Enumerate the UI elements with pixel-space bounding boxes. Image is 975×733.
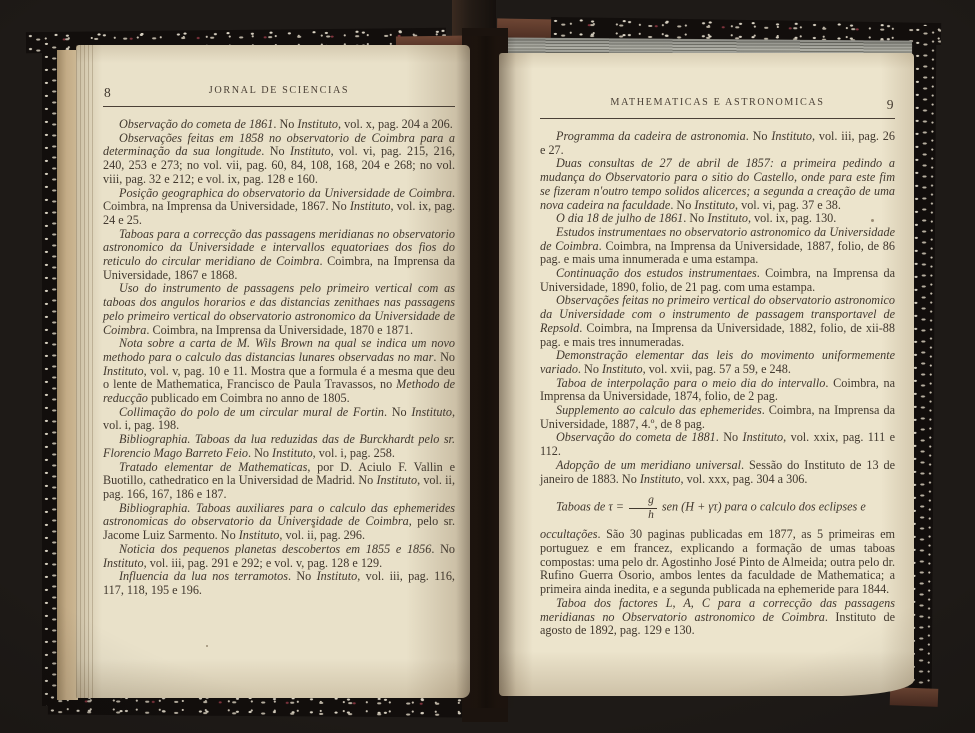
entry-text: . No	[261, 144, 290, 158]
entry-text: . No	[670, 198, 694, 212]
entry-title-text: Instituto	[771, 129, 812, 143]
bibliography-entry: Supplemento ao calculo das ephemerides. …	[540, 404, 895, 431]
entry-title-text: sen	[659, 500, 681, 514]
entry-title-text: Instituto	[640, 472, 681, 486]
entry-text: . No	[746, 129, 772, 143]
entry-text: , vol. vi, pag. 37 e 38.	[735, 198, 841, 212]
entry-title-text: Collimação do polo de um circular mural …	[119, 405, 384, 419]
entry-title-text: Observação do cometa de 1881	[556, 430, 716, 444]
page-right: MATHEMATICAS E ASTRONOMICAS 9 Programma …	[499, 53, 914, 696]
entry-title-text: Instituto	[290, 144, 331, 158]
entry-title-text: Instituto	[272, 446, 313, 460]
bibliography-entry: Continuação dos estudos instrumentaes. C…	[540, 267, 895, 294]
entry-title-text: Posição geographica do observatorio da U…	[119, 186, 452, 200]
entry-title-text: Instituto	[297, 117, 338, 131]
fraction: gh	[629, 495, 657, 521]
entry-title-text: τ =	[608, 500, 627, 514]
page-right-content: MATHEMATICAS E ASTRONOMICAS 9 Programma …	[499, 53, 914, 696]
bibliography-entry: Observação do cometa de 1861. No Institu…	[103, 118, 455, 132]
entry-text: , vol. xxx, pag. 304 a 306.	[681, 472, 808, 486]
header-rule	[103, 106, 455, 107]
entry-title-text: Instituto	[602, 362, 643, 376]
entry-text: , vol. ix, pag. 130.	[748, 211, 836, 225]
page-right-header: MATHEMATICAS E ASTRONOMICAS 9	[540, 97, 895, 114]
bibliography-entry: Taboas para a correcção das passagens me…	[103, 228, 455, 283]
entry-text: , vol. ii, pag. 296.	[279, 528, 365, 542]
running-title: JORNAL DE SCIENCIAS	[103, 85, 455, 96]
bibliography-entry: Tratado elementar de Mathematicas, por D…	[103, 461, 455, 502]
entry-text: . No	[273, 117, 297, 131]
entry-title-text: Instituto	[376, 473, 417, 487]
bibliography-entry: Nota sobre a carta de M. Wils Brown na q…	[103, 337, 455, 406]
entry-text: . No	[716, 430, 743, 444]
entry-text: . No	[431, 542, 455, 556]
entry-title-text: (H + γτ)	[681, 500, 721, 514]
fraction-numerator: g	[629, 495, 657, 509]
bibliography-entry: Influencia da lua nos terramotos. No Ins…	[103, 570, 455, 597]
bibliography-entry: Estudos instrumentaes no observatorio as…	[540, 226, 895, 267]
entry-title-text: Taboa de interpolação para o meio dia do…	[556, 376, 825, 390]
entry-title-text: Instituto	[707, 211, 748, 225]
bibliography-entry: O dia 18 de julho de 1861. No Instituto,…	[540, 212, 895, 226]
entry-title-text: Tratado elementar de Mathematicas	[119, 460, 307, 474]
entry-text: publicado em Coimbra no anno de 1805.	[148, 391, 350, 405]
bibliography-entry: Bibliographia. Taboas auxiliares para o …	[103, 502, 455, 543]
bibliography-entry: Demonstração elementar das leis do movim…	[540, 349, 895, 376]
entry-title-text: O dia 18 de julho de 1861	[556, 211, 683, 225]
entry-text: . Coimbra, na Imprensa da Universidade, …	[146, 323, 413, 337]
fraction-denominator: h	[629, 509, 657, 522]
bibliography-entry: Observações feitas em 1858 no observator…	[103, 132, 455, 187]
entry-title-text: Instituto	[694, 198, 735, 212]
entry-title-text: Supplemento ao calculo das ephemerides	[556, 403, 762, 417]
entry-text: . No	[433, 350, 455, 364]
entry-text: , vol. iii, pag. 291 e 292; e vol. v, pa…	[144, 556, 383, 570]
bibliography-entry: Posição geographica do observatorio da U…	[103, 187, 455, 228]
bibliography-entry: Taboa dos factores L, A, C para a correc…	[540, 597, 895, 638]
entry-title-text: Instituto	[743, 430, 784, 444]
entry-text: . Coimbra, na Imprensa da Universidade, …	[540, 321, 895, 349]
bibliography-entry: Taboas de τ = gh sen (H + γτ) para o cal…	[540, 495, 895, 521]
entry-title-text: para o calculo dos eclipses e	[722, 500, 866, 514]
entry-text: , vol. x, pag. 204 a 206.	[338, 117, 453, 131]
page-number: 9	[887, 97, 894, 113]
bibliography-entry: Uso do instrumento de passagens pelo pri…	[103, 282, 455, 337]
bibliography-entry: Duas consultas de 27 de abril de 1857: a…	[540, 157, 895, 212]
bibliography-entry: Taboa de interpolação para o meio dia do…	[540, 377, 895, 404]
entry-title-text: Programma da cadeira de astronomia	[556, 129, 746, 143]
page-left: 8 JORNAL DE SCIENCIAS Observação do come…	[76, 45, 470, 698]
entry-title-text: Influencia da lua nos terramotos	[119, 569, 288, 583]
page-right-text: Programma da cadeira de astronomia. No I…	[540, 130, 895, 638]
bibliography-entry: Noticia dos pequenos planetas descoberto…	[103, 543, 455, 570]
entry-title-text: Nota sobre a carta de M. Wils Brown na q…	[103, 336, 455, 364]
entry-text: , vol. i, pag. 258.	[313, 446, 395, 460]
header-rule	[540, 118, 895, 119]
entry-title-text: Instituto	[350, 199, 391, 213]
entry-title-text: Instituto	[317, 569, 358, 583]
page-block-fore-edge	[57, 50, 78, 700]
entry-text: . No	[578, 362, 602, 376]
entry-title-text: Observação do cometa de 1861	[119, 117, 273, 131]
page-left-content: 8 JORNAL DE SCIENCIAS Observação do come…	[76, 45, 470, 698]
entry-title-text: Instituto	[411, 405, 452, 419]
entry-title-text: Instituto	[103, 364, 144, 378]
entry-text: , vol. xvii, pag. 57 a 59, e 248.	[643, 362, 791, 376]
running-title: MATHEMATICAS E ASTRONOMICAS	[540, 97, 895, 108]
entry-title-text: occultações	[540, 527, 598, 541]
entry-text: . No	[248, 446, 272, 460]
entry-title-text: Instituto	[103, 556, 144, 570]
entry-title-text: Continuação dos estudos instrumentaes	[556, 266, 757, 280]
entry-title-text: Adopção de um meridiano universal	[556, 458, 741, 472]
entry-title-text: Instituto	[239, 528, 280, 542]
entry-text: . No	[288, 569, 317, 583]
left-board-marbled-side-edge	[42, 40, 58, 706]
entry-title-text: Taboas de	[556, 500, 608, 514]
bibliography-entry: Programma da cadeira de astronomia. No I…	[540, 130, 895, 157]
bibliography-entry: Observação do cometa de 1881. No Institu…	[540, 431, 895, 458]
entry-title-text: Noticia dos pequenos planetas descoberto…	[119, 542, 431, 556]
bibliography-entry: Adopção de um meridiano universal. Sessã…	[540, 459, 895, 486]
page-number: 8	[104, 85, 111, 101]
page-left-text: Observação do cometa de 1861. No Institu…	[103, 118, 455, 598]
entry-title-text: Bibliographia. Taboas auxiliares para o …	[103, 501, 455, 529]
bibliography-entry: Bibliographia. Taboas da lua reduzidas d…	[103, 433, 455, 460]
entry-text: . No	[384, 405, 411, 419]
bibliography-entry: occultações. São 30 paginas publicadas e…	[540, 528, 895, 597]
bibliography-entry: Observações feitas no primeiro vertical …	[540, 294, 895, 349]
entry-text: . No	[683, 211, 707, 225]
page-left-header: 8 JORNAL DE SCIENCIAS	[103, 85, 455, 102]
book-scan-photo: 8 JORNAL DE SCIENCIAS Observação do come…	[0, 0, 975, 733]
bibliography-entry: Collimação do polo de um circular mural …	[103, 406, 455, 433]
